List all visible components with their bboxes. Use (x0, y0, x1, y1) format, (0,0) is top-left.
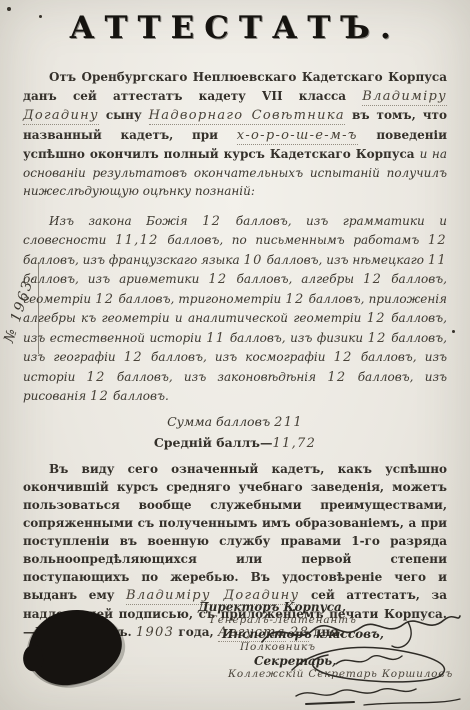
printed-text: Въ виду сего означенный кадетъ, какъ усп… (23, 462, 447, 602)
signature-block: Директоръ Корпуса, Генералъ-Лейтенантъ И… (0, 594, 470, 710)
paper-speck (7, 7, 11, 11)
printed-text: балловъ, тригонометріи (114, 292, 285, 306)
handwritten-text: 10 (244, 253, 263, 268)
handwritten-text: 12 (208, 272, 227, 287)
handwritten-text: х-о-р-о-ш-е-м-ъ (237, 128, 358, 145)
intro-paragraph: Отъ Оренбургскаго Неплюевскаго Кадетскаг… (0, 68, 470, 201)
handwritten-text: 11,12 (115, 233, 159, 248)
printed-text: Сумма балловъ (167, 414, 274, 429)
printed-text: балловъ, по письменнымъ работамъ (159, 233, 428, 247)
handwritten-text: Надворнаго Совѣтника (149, 108, 345, 125)
ink-seal-icon (24, 605, 126, 690)
handwritten-text: 12 (428, 233, 447, 248)
grades-paragraph: Изъ закона Божія 12 балловъ, изъ граммат… (0, 212, 470, 407)
secretary-signature-icon (292, 682, 464, 708)
margin-rule (38, 262, 39, 354)
handwritten-text: 11 (428, 253, 447, 268)
handwritten-text: 12 (124, 350, 143, 365)
sum-line: Сумма балловъ 211 (0, 414, 470, 430)
handwritten-text: 12 (363, 272, 382, 287)
printed-text: сыну (99, 108, 149, 122)
handwritten-text: 12 (367, 311, 386, 326)
printed-text: балловъ, изъ нѣмецкаго (263, 253, 428, 267)
printed-text: Средній баллъ— (154, 435, 273, 450)
printed-text: балловъ, изъ законовѣдѣнія (106, 370, 328, 384)
average-line: Средній баллъ—11,72 (0, 435, 470, 451)
handwritten-text: 211 (274, 415, 303, 430)
printed-text: балловъ. (109, 389, 169, 403)
inspector-signature-icon (282, 642, 460, 686)
printed-text: балловъ, алгебры (227, 272, 363, 286)
printed-text: балловъ, изъ физики (225, 331, 367, 345)
printed-text: балловъ, изъ космографіи (143, 350, 334, 364)
handwritten-text: 12 (202, 214, 221, 229)
printed-text: балловъ, изъ французскаго языка (23, 253, 244, 267)
handwritten-text: 12 (327, 370, 346, 385)
handwritten-text: 12 (95, 292, 114, 307)
printed-text: Изъ закона Божія (49, 214, 202, 228)
handwritten-text: 12 (368, 331, 387, 346)
certificate-page: АТТЕСТАТЪ. № 1963. Отъ Оренбургскаго Неп… (0, 0, 470, 710)
printed-text: балловъ, изъ ариѳметики (23, 272, 208, 286)
handwritten-text: 12 (87, 370, 106, 385)
handwritten-text: 11,72 (272, 436, 316, 451)
handwritten-text: 12 (334, 350, 353, 365)
handwritten-text: 11 (206, 331, 225, 346)
handwritten-text: 12 (285, 292, 304, 307)
handwritten-text: 12 (90, 389, 109, 404)
paper-speck (452, 330, 455, 333)
document-title: АТТЕСТАТЪ. (0, 0, 470, 46)
paper-speck (39, 15, 42, 18)
